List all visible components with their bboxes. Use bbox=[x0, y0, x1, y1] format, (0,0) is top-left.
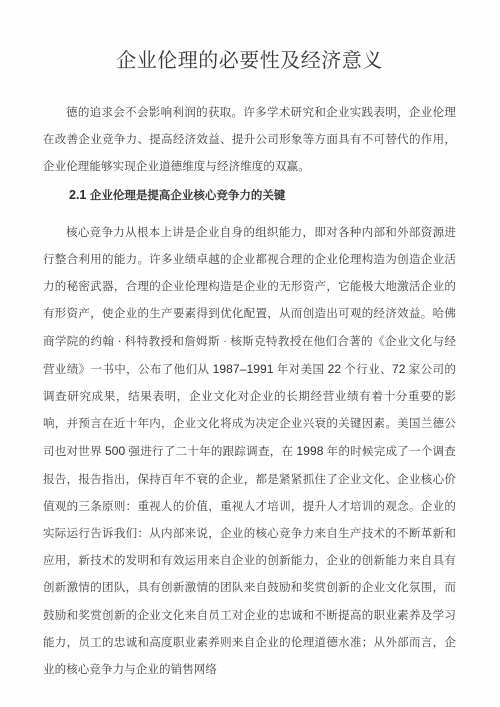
numeric-text-segment: 22 bbox=[328, 362, 342, 376]
text-segment: 德的追求会不会影响利润的获取。许多学术研究和企业实践表明，企业伦理在改善企业竞争… bbox=[43, 107, 456, 173]
section-heading-2-1: 2.1 企业伦理是提高企业核心竞争力的关键 bbox=[43, 182, 456, 210]
text-segment: 个行业、 bbox=[341, 364, 392, 376]
document-title: 企业伦理的必要性及经济意义 bbox=[43, 47, 456, 75]
numeric-text-segment: 2.1 bbox=[69, 188, 90, 202]
text-segment: 核心竞争力从根本上讲是企业自身的组织能力，即对各种内部和外部资源进行整合利用的能… bbox=[43, 227, 456, 376]
text-segment: 年的时候完成了一个调查报告，报告指出，保持百年不衰的企业，都是紧紧抓住了企业文化… bbox=[43, 446, 456, 676]
numeric-text-segment: 500 bbox=[105, 444, 125, 458]
text-segment: 年对美国 bbox=[274, 364, 328, 376]
core-competency-paragraph: 核心竞争力从根本上讲是企业自身的组织能力，即对各种内部和外部资源进行整合利用的能… bbox=[43, 220, 456, 684]
numeric-text-segment: 1998 bbox=[296, 444, 323, 458]
text-segment: 企业伦理是提高企业核心竞争力的关键 bbox=[90, 190, 286, 202]
numeric-text-segment: 1987–1991 bbox=[213, 362, 274, 376]
numeric-text-segment: 72 bbox=[392, 362, 406, 376]
text-segment: 强进行了二十年的跟踪调查，在 bbox=[125, 446, 296, 458]
document-page: 企业伦理的必要性及经济意义 德的追求会不会影响利润的获取。许多学术研究和企业实践… bbox=[0, 0, 500, 707]
intro-paragraph: 德的追求会不会影响利润的获取。许多学术研究和企业实践表明，企业伦理在改善企业竞争… bbox=[43, 100, 456, 182]
